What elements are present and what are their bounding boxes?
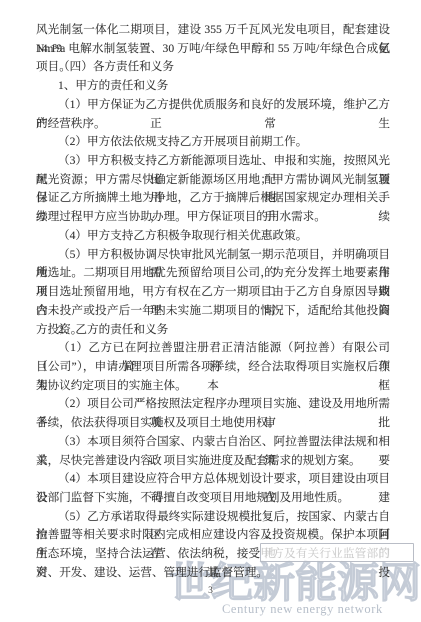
doc-line: 项目选址预留用地，甲方有权在乙方一期项目由于乙方自身原因导致合理时间 [36, 283, 390, 302]
doc-line: （5）甲方积极协调尽快审批风光制氢一期示范项目，并明确项目所需的用 [36, 246, 390, 265]
doc-line: （4）本项目建设应符合甲方总体规划设计要求，项目建设由项目公司在建 [36, 470, 390, 489]
doc-line: Nm³/a 电解水制氢装置、30 万吨/年绿色甲醇和 55 万吨/年绿色合成氨项… [36, 40, 390, 59]
doc-line: （3）甲方积极支持乙方新能源项目选址、申报和实施，按照风光配比配置 [36, 152, 390, 171]
page-number: 3 [0, 586, 421, 596]
doc-line: 生态环境，坚持合法运营、依法纳税，接受甲方及有关行业监管部门对其投 [36, 545, 390, 564]
doc-line: 设部门监督下实施，不得擅自改变项目用地规划及用地性质。 [36, 489, 390, 508]
doc-line: （1）甲方保证为乙方提供优质服务和良好的发展环境，维护乙方的正常生 [36, 96, 390, 115]
watermark-en: Century new energy network [222, 602, 383, 616]
document-body: 风光制氢一体化二期项目，建设 355 万千瓦风光发电项目，配套建设 14.19 … [36, 21, 390, 583]
doc-line: 目公司”），申请办理项目所需各项手续，经合法取得项目实施权后作为本框 [36, 358, 390, 377]
doc-line sub-heading: 1、甲方的责任和义务 [36, 77, 390, 96]
document-page: 世纪新能源网 Century new energy network 风光制氢一体… [0, 0, 421, 622]
doc-line: 求，尽快完善建设内容、项目实施进度及配套需求的规划方案。 [36, 452, 390, 471]
doc-line: 风光制氢一体化二期项目，建设 355 万千瓦风光发电项目，配套建设 14.19 … [36, 21, 390, 40]
doc-line: （2）项目公司严格按照法定程序办理项目实施、建设及用地所需各项审批 [36, 395, 390, 414]
doc-line: 内未投产或投产后一年内未实施二期项目的情况下，适配给其他投资方投资。 [36, 302, 390, 321]
doc-line: 拉善盟等相关要求时限内完成相应建设内容及投资规模。保护本项目所在地的 [36, 526, 390, 545]
doc-line: （4）甲方支持乙方积极争取现行相关优惠政策。 [36, 227, 390, 246]
doc-line sub-heading: 2、乙方的责任和义务 [36, 321, 390, 340]
doc-line: 地选址。二期项目用地优先预留给项目公司，为充分发挥土地要素作用，二期 [36, 264, 390, 283]
doc-line: （3）本项目须符合国家、内蒙古自治区、阿拉善盟法律法规和相关政策要 [36, 433, 390, 452]
doc-line: 保证乙方所摘牌土地为净地，乙方于摘牌后根据国家规定办理相关手续，手续 [36, 189, 390, 208]
doc-line: （1）乙方已在阿拉善盟注册君正清洁能源（阿拉善）有限公司（简称“项 [36, 339, 390, 358]
doc-line section-heading: （四）各方责任和义务 [36, 58, 390, 77]
doc-line: （2）甲方依法依规支持乙方开展项目前期工作。 [36, 133, 390, 152]
doc-line: （5）乙方承诺取得最终实际建设规模批复后，按国家、内蒙古自治区、阿 [36, 508, 390, 527]
doc-line: 风光资源；甲方需尽快确定新能源场区用地；甲方需协调风光制氢项目用地、 [36, 171, 390, 190]
